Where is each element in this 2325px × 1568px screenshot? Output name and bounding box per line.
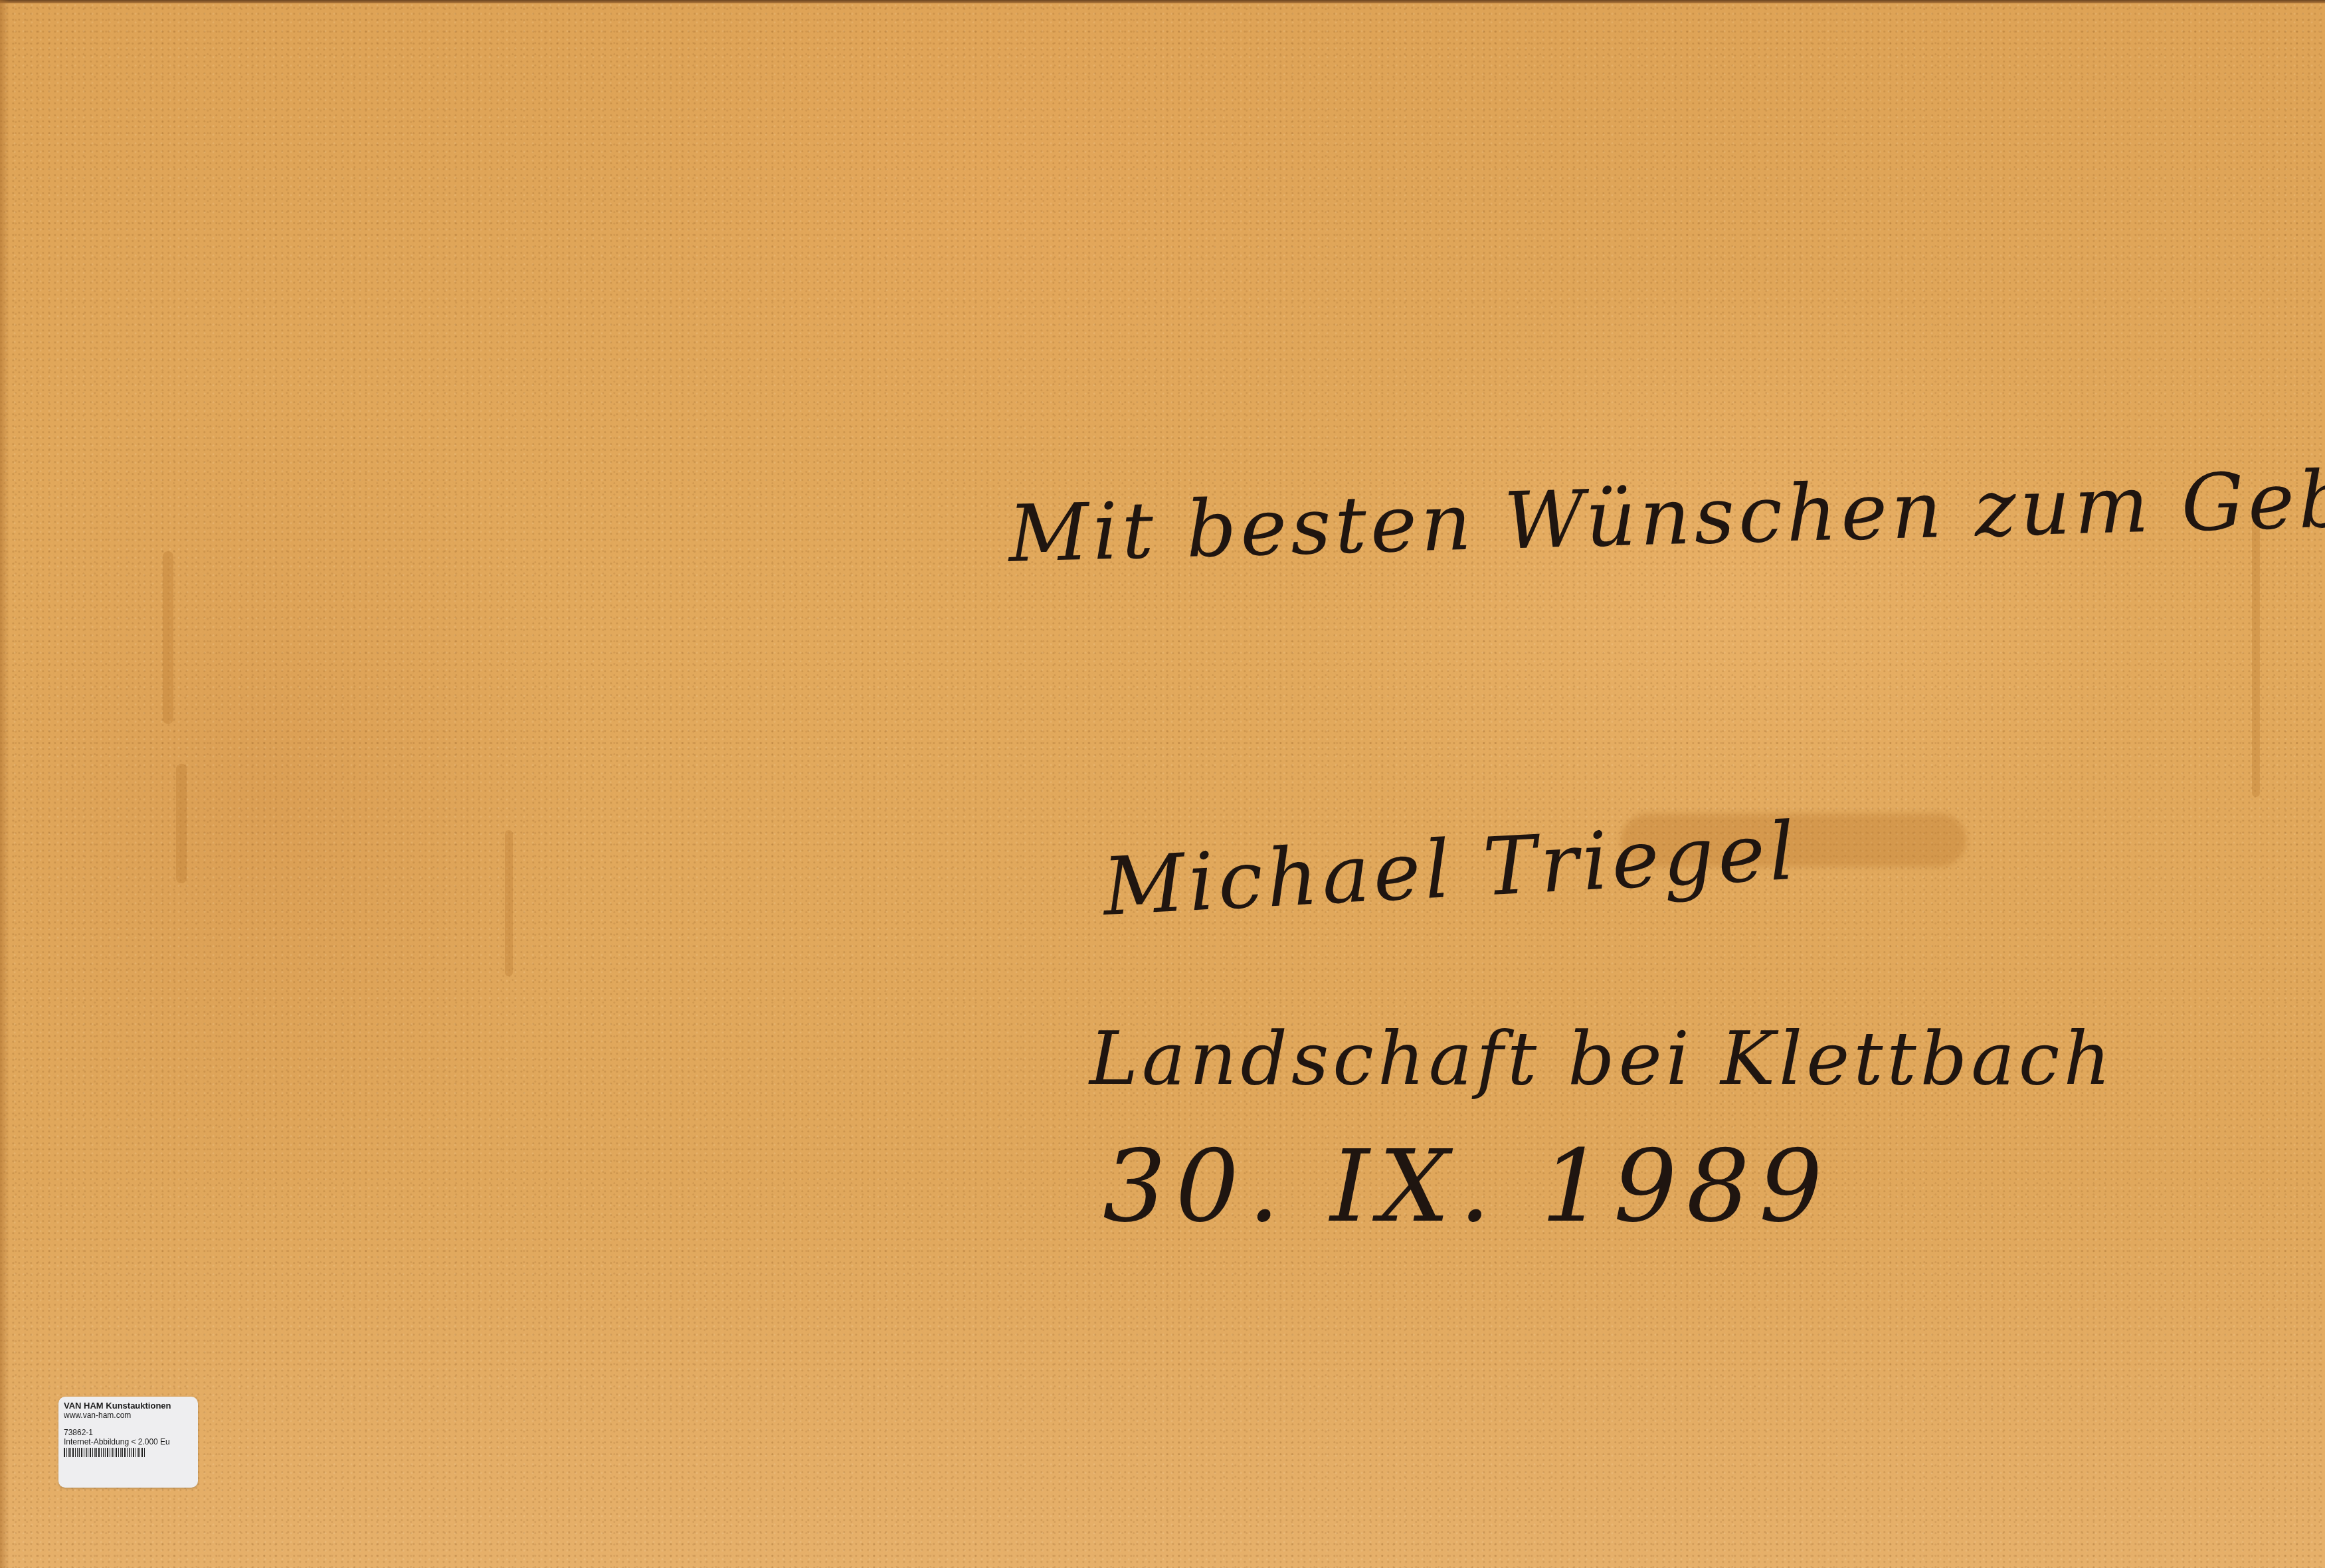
water-stain — [163, 551, 173, 724]
date-inscription: 30. IX. 1989 — [1103, 1129, 1831, 1245]
left-edge-shadow — [0, 0, 9, 1568]
water-stain — [505, 830, 513, 976]
artwork-title-inscription: Landschaft bei Klettbach — [1089, 1016, 2114, 1101]
auction-house-name: VAN HAM Kunstauktionen — [64, 1401, 193, 1411]
hardboard-verso — [0, 0, 2325, 1568]
auction-label: VAN HAM Kunstauktionen www.van-ham.com 7… — [58, 1397, 198, 1488]
auction-house-url: www.van-ham.com — [64, 1411, 193, 1420]
water-stain — [2252, 518, 2260, 797]
water-stain — [176, 764, 187, 883]
top-edge — [0, 0, 2325, 3]
label-note: Internet-Abbildung < 2.000 Eu — [64, 1437, 193, 1446]
barcode-icon — [64, 1448, 146, 1457]
lot-number: 73862-1 — [64, 1428, 193, 1437]
